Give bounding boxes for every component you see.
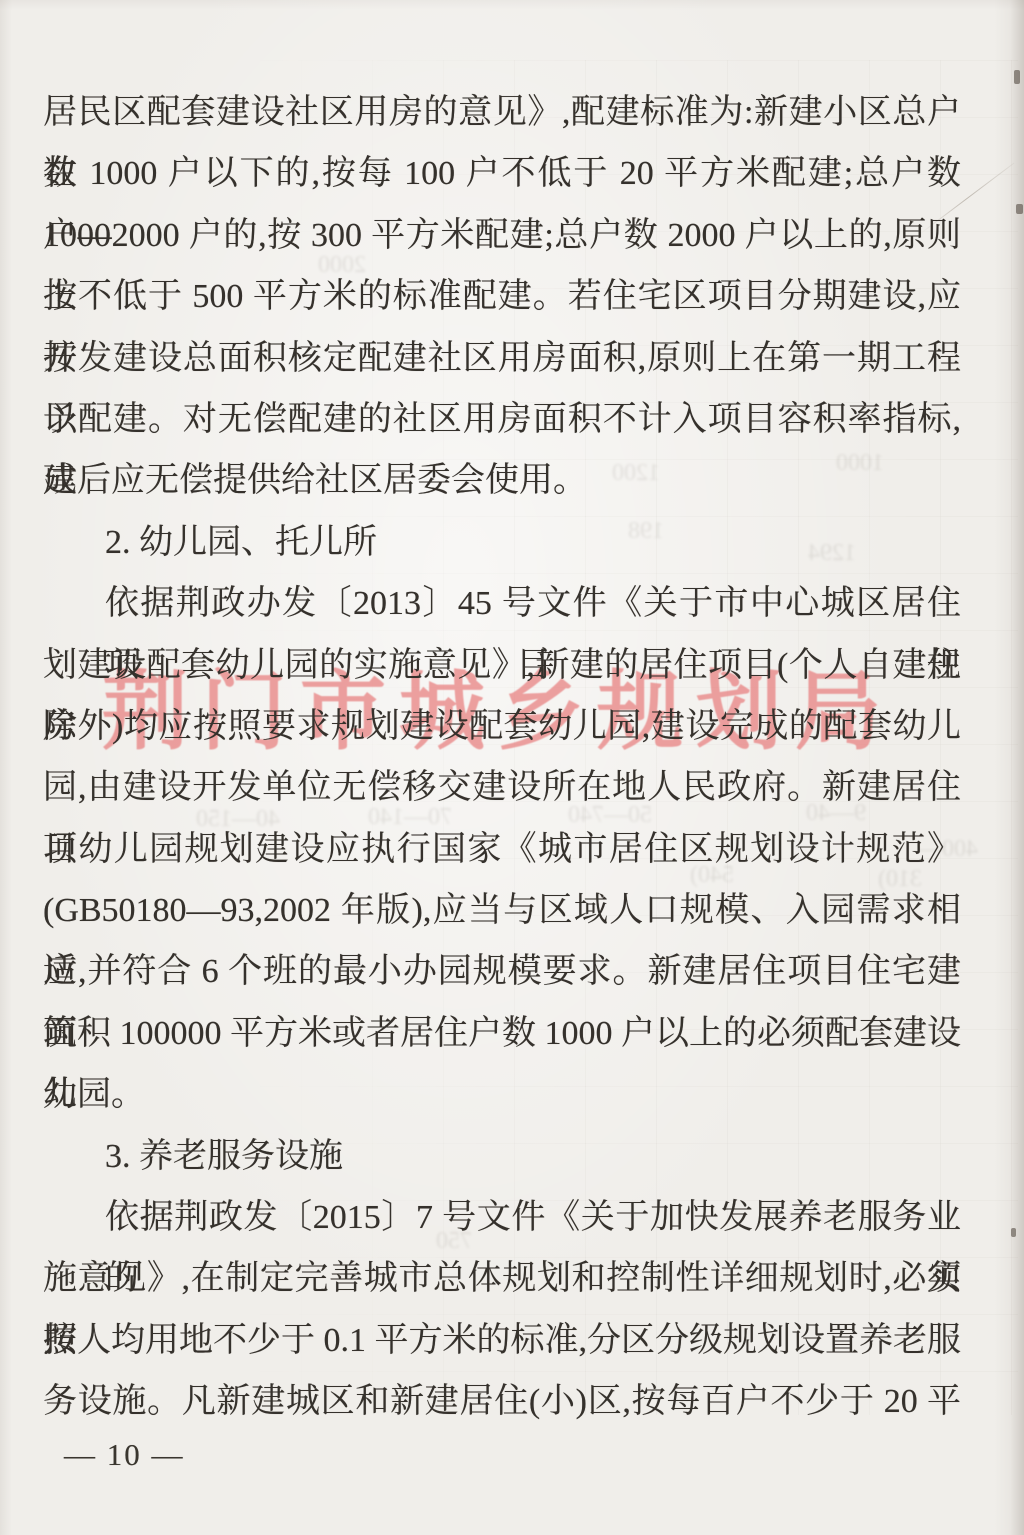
text-line: 儿园。 [43,1064,961,1125]
text-line: (GB50180—93,2002 年版),应当与区域人口规模、入园需求相适 [43,880,961,941]
text-line: 依据荆政办发〔2013〕45 号文件《关于市中心城区居住项目规 [43,573,961,634]
text-line: 园,由建设开发单位无偿移交建设所在地人民政府。新建居住项 [43,757,961,818]
text-line: 除外)均应按照要求规划建设配套幼儿园,建设完成的配套幼儿 [43,696,961,757]
text-line: 划建设配套幼儿园的实施意见》,新建的居住项目(个人自建住房 [43,635,961,696]
text-line: 应,并符合 6 个班的最小办园规模要求。新建居住项目住宅建筑 [43,941,961,1002]
text-line: 按不低于 500 平方米的标准配建。若住宅区项目分期建设,应按 [43,266,961,327]
scan-speck [1011,1228,1016,1237]
text-line: 居民区配套建设社区用房的意见》,配建标准为:新建小区总户数 [43,82,961,143]
text-line: 施意见》,在制定完善城市总体规划和控制性详细规划时,必须按 [43,1248,961,1309]
scan-speck [1016,204,1023,214]
text-line: 以配建。对无偿配建的社区用房面积不计入项目容积率指标,建 [43,389,961,450]
text-line: 3. 养老服务设施 [43,1126,961,1187]
text-line: 开发建设总面积核定配建社区用房面积,原则上在第一期工程予 [43,328,961,389]
text-line: 目幼儿园规划建设应执行国家《城市居住区规划设计规范》 [43,819,961,880]
text-line: 务设施。凡新建城区和新建居住(小)区,按每百户不少于 20 平 [43,1371,961,1432]
section-heading: 2. 幼儿园、托儿所 [43,512,961,573]
page-number: — 10 — [64,1428,185,1482]
scanned-document-page: 200012001000198129440—15070—14050—7409—4… [0,0,1024,1535]
text-line: 成后应无偿提供给社区居委会使用。 [43,450,961,511]
text-line: 户—2000 户的,按 300 平方米配建;总户数 2000 户以上的,原则上 [43,205,961,266]
text-line: 2. 幼儿园、托儿所 [43,512,961,573]
text-line: 面积 100000 平方米或者居住户数 1000 户以上的必须配套建设幼 [43,1003,961,1064]
text-line: 照人均用地不少于 0.1 平方米的标准,分区分级规划设置养老服 [43,1310,961,1371]
paragraph: 居民区配套建设社区用房的意见》,配建标准为:新建小区总户数在 1000 户以下的… [43,82,961,512]
paragraph: 依据荆政办发〔2013〕45 号文件《关于市中心城区居住项目规划建设配套幼儿园的… [43,573,961,1126]
page-number-label: — 10 — [64,1437,185,1472]
section-heading: 3. 养老服务设施 [43,1126,961,1187]
text-line: 依据荆政发〔2015〕7 号文件《关于加快发展养老服务业的实 [43,1187,961,1248]
scan-speck [1014,70,1020,84]
text-line: 在 1000 户以下的,按每 100 户不低于 20 平方米配建;总户数 100… [43,143,961,204]
document-body-text: 居民区配套建设社区用房的意见》,配建标准为:新建小区总户数在 1000 户以下的… [43,82,961,1433]
paragraph: 依据荆政发〔2015〕7 号文件《关于加快发展养老服务业的实施意见》,在制定完善… [43,1187,961,1433]
